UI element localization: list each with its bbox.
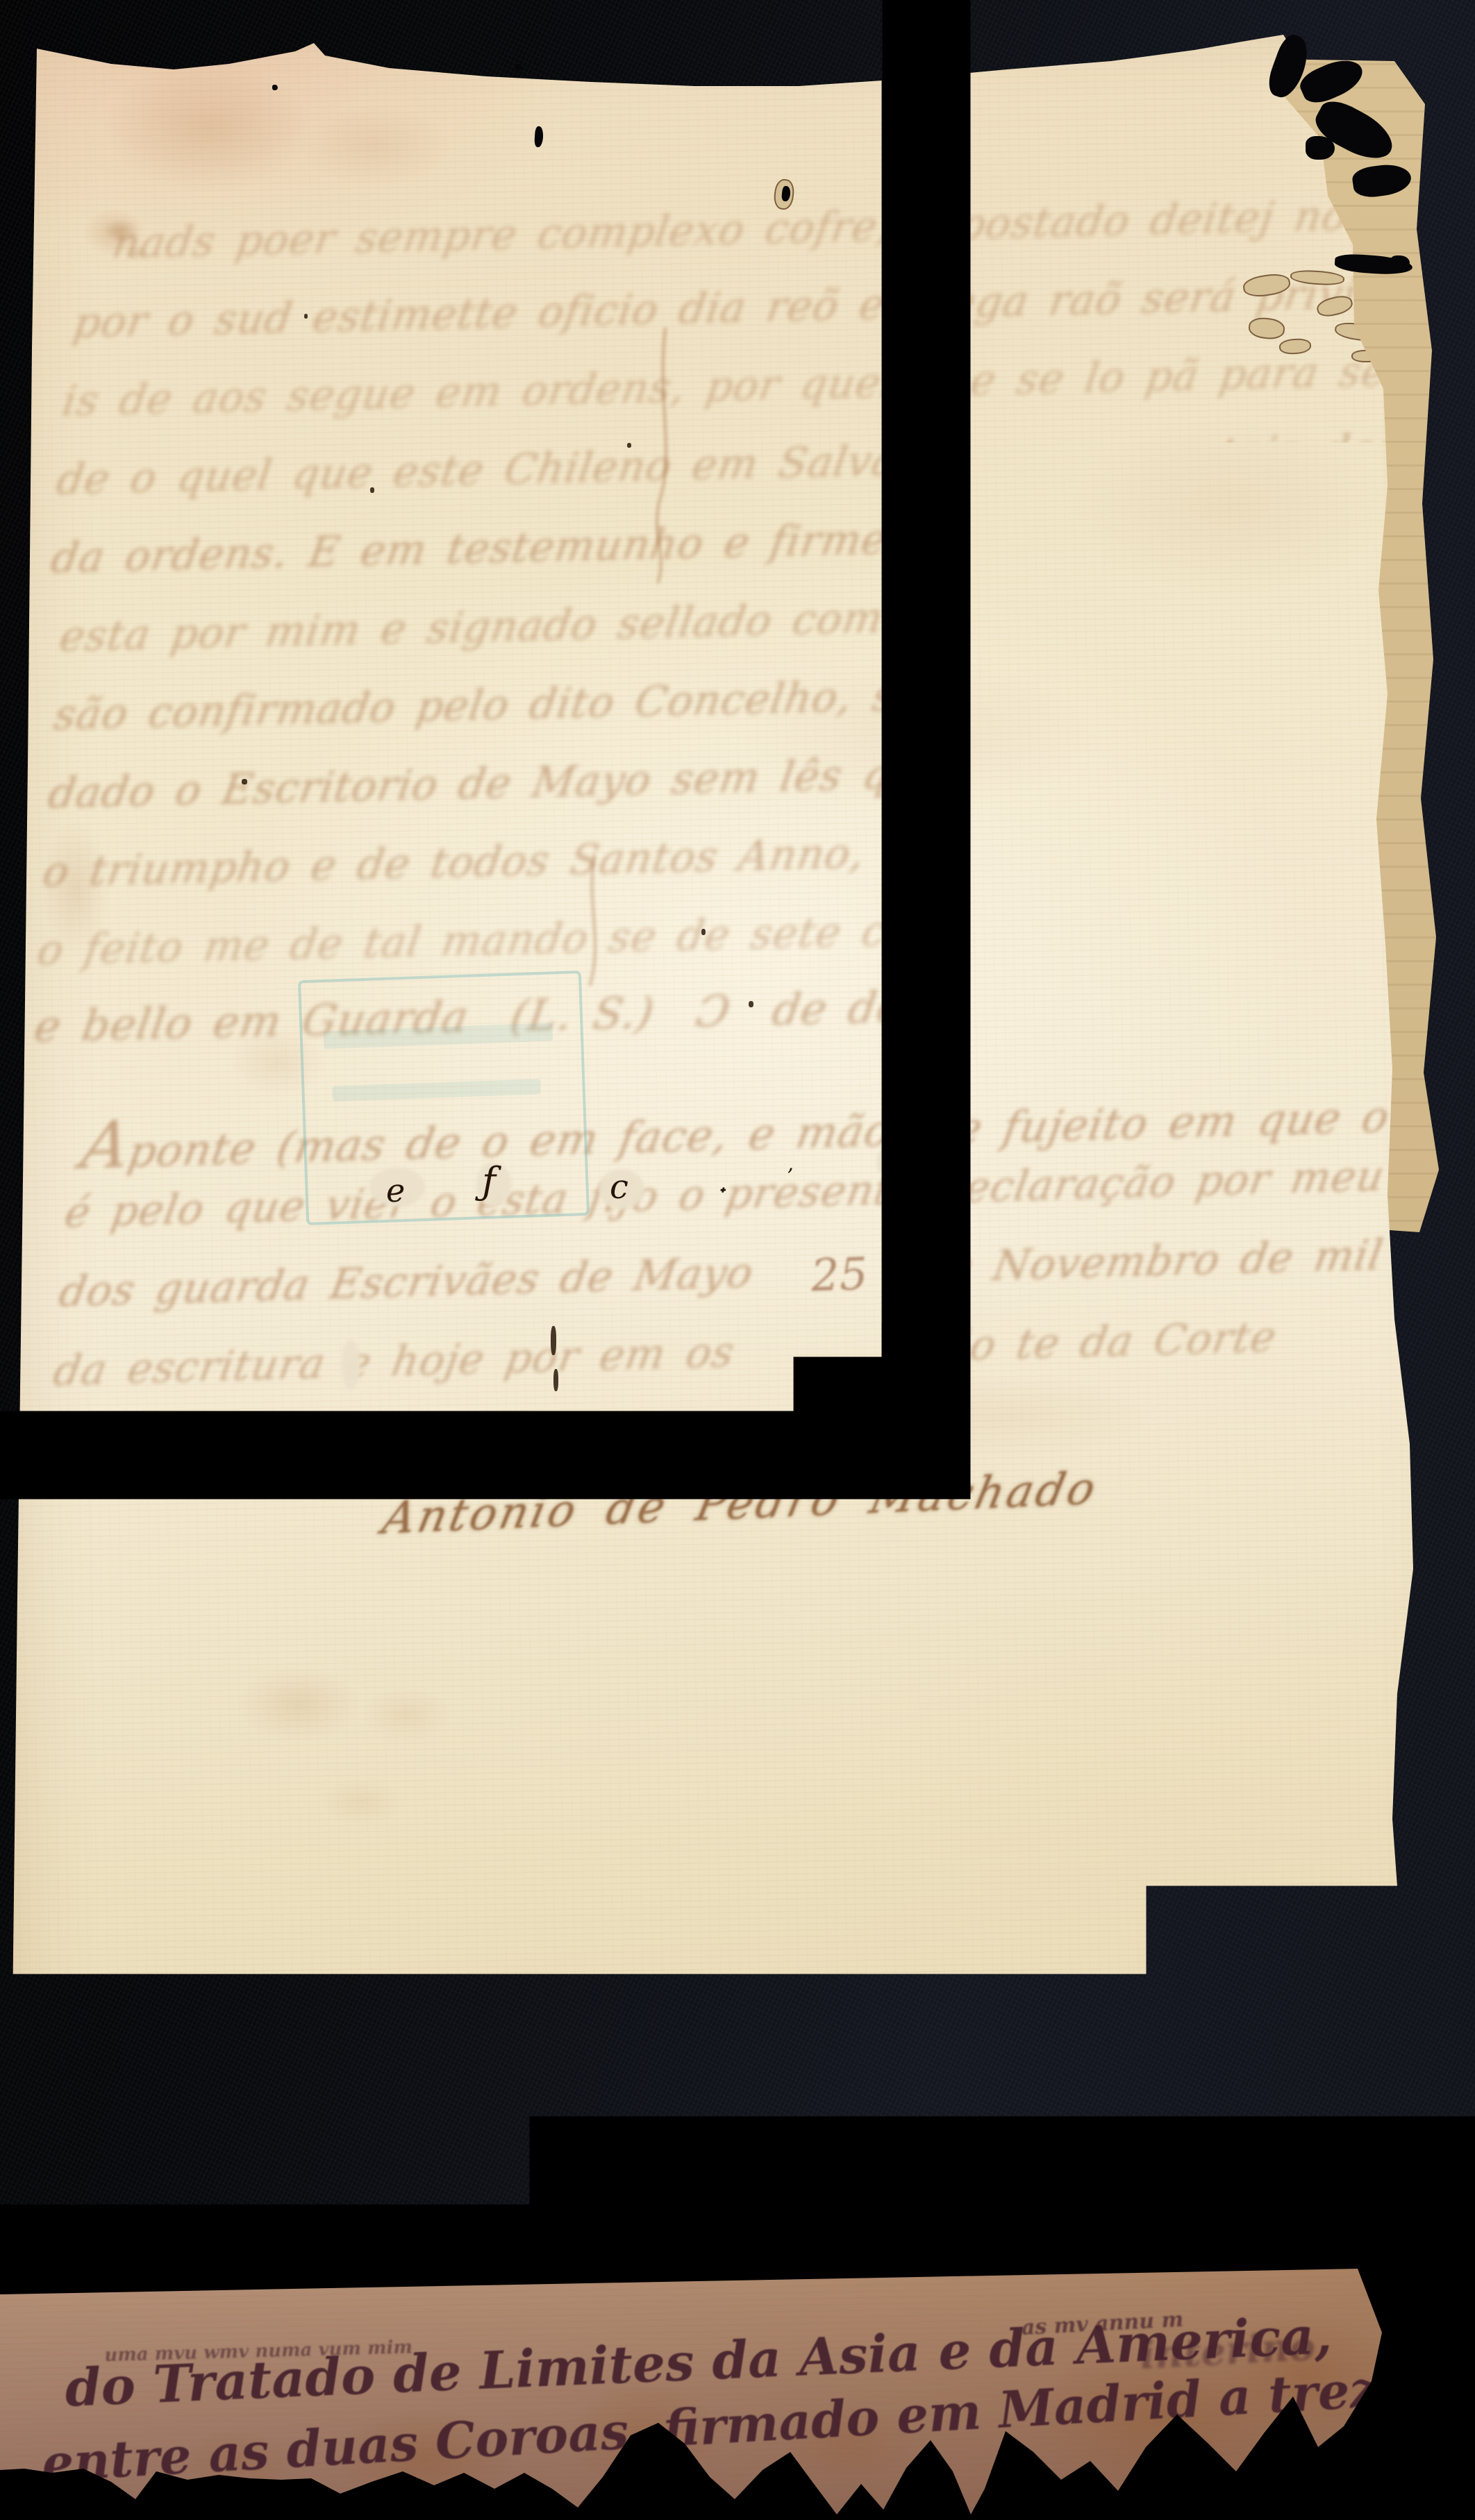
ink-speck [370,487,374,493]
ink-speck [139,1979,142,1984]
worm-hole [1247,1545,1272,1565]
ink-speck [962,2053,965,2058]
stain [486,2201,504,2216]
ink-speck [242,779,247,784]
ink-speck [455,1754,459,1761]
ink-glyph-remnant: ι [897,1150,906,1177]
ink-speck [908,1487,912,1497]
stain [611,2277,708,2326]
ink-speck [1229,1836,1235,1847]
ink-speck [627,443,631,448]
ink-speck [290,2113,294,2119]
ink-glyph-remnant: ɩ [1031,1139,1040,1167]
ink-speck [701,929,706,935]
stain [444,2138,472,2159]
ink-glyph-remnant: ʼ [786,1165,793,1189]
stain [299,104,451,187]
torn-hole [1306,136,1335,160]
stain [861,1375,1153,1458]
archive-stamp-outline [298,971,590,1225]
repair-patch [1243,1477,1264,1519]
stain [292,2110,354,2152]
numeral-25: 25 [810,1249,869,1302]
ink-glyph-remnant: c [610,1168,628,1207]
ink-speck [1010,1089,1019,1102]
ink-speck [553,1369,558,1391]
stamp-smudge-bar [324,1023,553,1049]
stain [361,1687,451,1742]
ink-speck [749,1001,753,1007]
ink-glyph-remnant: ˖ [719,1177,728,1202]
ink-speck [555,1415,560,1431]
front-sheet: nads poer sempre complexo cofre, e posta… [0,0,1475,2520]
stain [104,61,312,193]
photograph-of-manuscript: uma mvu wmv numa vum mim as mv annu m do… [0,0,1475,2520]
ink-speck [551,1326,556,1355]
ink-glyph-remnant: ƒ [482,1159,496,1203]
ink-speck [1117,994,1121,1000]
ink-speck [304,314,308,319]
repair-patch [342,1340,360,1390]
stain [236,1666,361,1742]
ink-speck [528,2048,533,2053]
stamp-smudge-bar [332,1079,541,1101]
stain [0,2027,49,2138]
torn-hole [272,85,278,90]
stain [319,1777,403,1826]
ink-speck [654,2249,658,2253]
ink-glyph-remnant: e [386,1172,405,1209]
torn-hole [1390,255,1410,269]
ink-speck [1392,1892,1399,1899]
torn-hole [515,64,522,70]
